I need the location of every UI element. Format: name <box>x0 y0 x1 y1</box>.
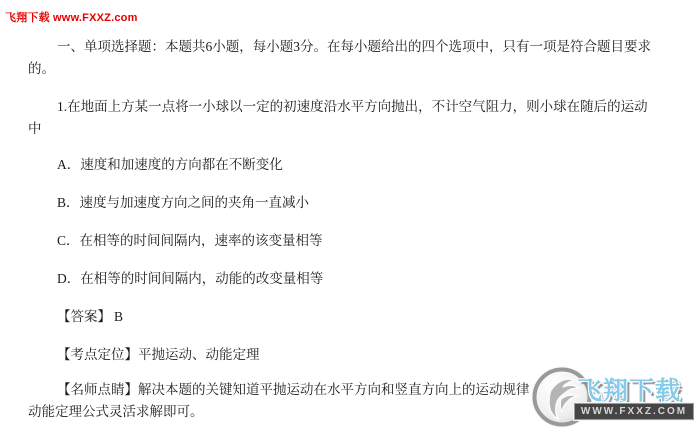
intro-line-1: 一、单项选择题：本题共6小题，每小题3分。在每小题给出的四个选项中，只有一项是符… <box>28 36 680 58</box>
option-d: D．在相等的时间间隔内，动能的改变量相等 <box>28 268 680 290</box>
answer-label: 【答案】 <box>57 309 111 324</box>
option-a: A．速度和加速度的方向都在不断变化 <box>28 154 680 176</box>
intro-line-2: 的。 <box>28 58 680 80</box>
intro-paragraph: 一、单项选择题：本题共6小题，每小题3分。在每小题给出的四个选项中，只有一项是符… <box>28 36 680 80</box>
tips-label: 【名师点睛】 <box>57 382 138 397</box>
site-watermark-top: 飞翔下载 www.FXXZ.com <box>5 9 138 25</box>
fxxz-logo-watermark: 飞翔下载 WWW.FXXZ.COM <box>531 366 694 428</box>
answer-value: B <box>111 309 123 324</box>
tips-text: 解决本题的关键知道平抛运动在水平方向和竖直方向上的运动规律 <box>138 382 530 397</box>
fxxz-logo-url: WWW.FXXZ.COM <box>574 403 694 420</box>
question-1: 1.在地面上方某一点将一小球以一定的初速度沿水平方向抛出，不计空气阻力，则小球在… <box>28 96 680 140</box>
kaodian-label: 【考点定位】 <box>57 347 138 362</box>
question-1-line-1: 1.在地面上方某一点将一小球以一定的初速度沿水平方向抛出，不计空气阻力，则小球在… <box>28 96 680 118</box>
option-b: B．速度与加速度方向之间的夹角一直减小 <box>28 192 680 214</box>
document-page: 飞翔下载 www.FXXZ.com 一、单项选择题：本题共6小题，每小题3分。在… <box>0 0 694 430</box>
exam-document: 一、单项选择题：本题共6小题，每小题3分。在每小题给出的四个选项中，只有一项是符… <box>28 36 680 423</box>
kaodian-text: 平抛运动、动能定理 <box>138 347 260 362</box>
fxxz-logo-title: 飞翔下载 <box>577 371 681 407</box>
kaodian-line: 【考点定位】平抛运动、动能定理 <box>28 344 680 366</box>
question-1-line-2: 中 <box>28 118 680 140</box>
answer-line: 【答案】B <box>28 306 680 328</box>
option-c: C．在相等的时间间隔内，速率的该变量相等 <box>28 230 680 252</box>
